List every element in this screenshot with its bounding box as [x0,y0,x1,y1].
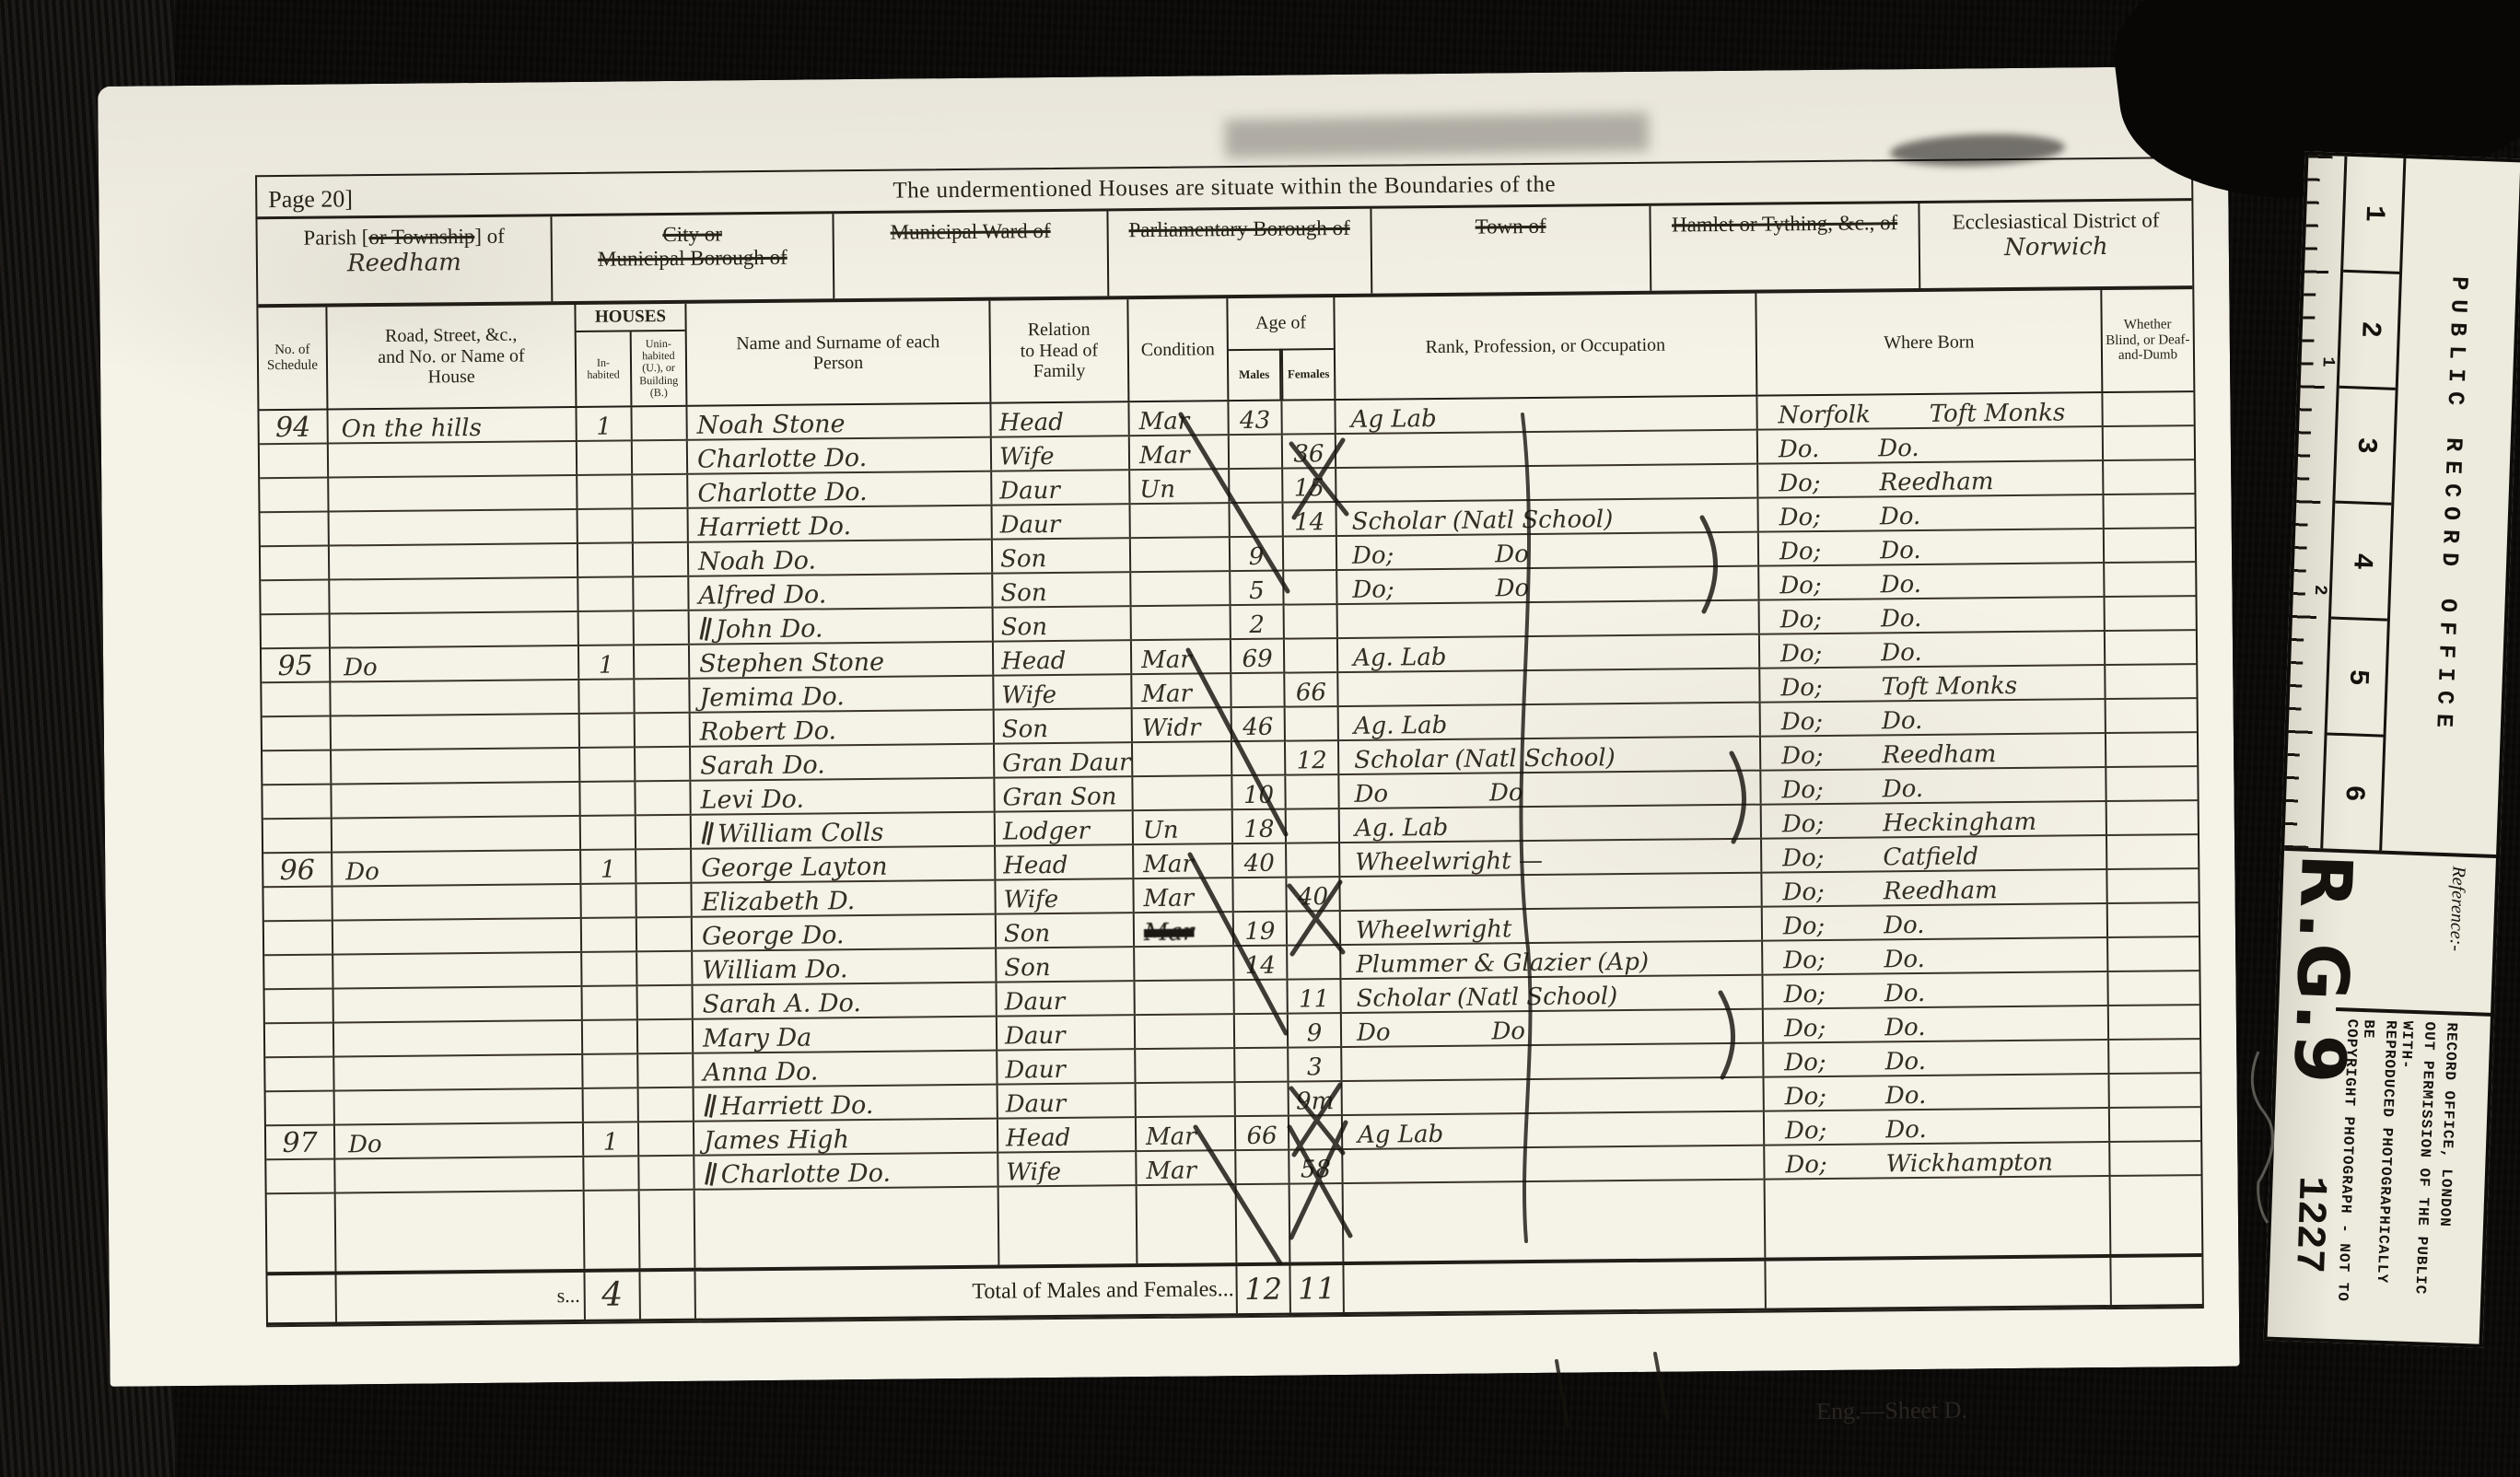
occupation: Do [1354,783,1388,807]
sheet-title: The undermentioned Houses are situate wi… [892,171,1556,204]
district-field-label: Municipal Ward of [840,218,1102,245]
ruler-scale-number: 2 [2353,320,2386,338]
where-born-county: Do; [1783,948,1826,972]
age-female: 9 [1307,1021,1323,1045]
age-male: 69 [1242,647,1272,671]
where-born-county: Do; [1782,880,1825,904]
enumerator-tally-mark: ∥ [696,616,714,643]
label-part: Ecclesiastical District of [1953,208,2160,233]
age-male: 5 [1249,579,1265,603]
relation-to-head: Daur [1005,1058,1066,1083]
relation-to-head: Son [1000,547,1046,571]
person-name: George Do. [702,923,845,948]
occupation: Scholar (Natl School) [1352,507,1614,534]
person-name: Charlotte Do. [721,1161,891,1188]
age-male: 46 [1242,715,1273,739]
age-male: 19 [1244,920,1275,944]
schedule-number: 96 [280,857,315,885]
district-field-value [1378,239,1644,242]
district-field-value [1114,242,1365,245]
person-name: John Do. [716,616,823,642]
census-sheet: Page 20] The undermentioned Houses are s… [98,66,2239,1387]
person-name: Mary Da [703,1026,811,1052]
relation-to-head: Daur [1005,1024,1066,1049]
where-born-place: Do. [1884,1016,1926,1040]
ruler-scale-number: 4 [2345,552,2377,570]
houses-inhabited: 1 [596,415,612,439]
ruler-scale-number: 5 [2341,669,2374,686]
person-name: Jemima Do. [699,684,845,711]
condition: Mar [1139,410,1190,435]
age-female: 58 [1301,1157,1331,1181]
ruler-scale-cell: 4 [2331,504,2391,622]
total-houses-label-partial: s... [336,1273,585,1322]
occupation: Scholar (Natl School) [1357,984,1618,1011]
person-name: Levi Do. [700,787,804,813]
struck-label-part: Municipal Borough of [598,246,787,271]
age-female: 14 [1294,510,1324,534]
occupation: Ag Lab [1351,407,1437,432]
where-born-county: Do; [1781,778,1824,802]
person-name: Elizabeth D. [701,889,855,915]
age-male: 14 [1245,954,1276,978]
condition: Un [1143,819,1179,843]
district-field-value: Reedham [263,250,545,277]
relation-to-head: Head [999,411,1064,436]
district-field-label: Parish [or Township] of [263,224,545,250]
header-females: Females [1281,348,1335,400]
district-field: Hamlet or Tything, &c., of [1651,204,1920,291]
person-name: Harriett Do. [720,1093,874,1120]
ruler-scale-cell: 3 [2335,388,2395,506]
total-males-value: 12 [1244,1274,1282,1304]
age-male: 40 [1244,852,1275,876]
table-body: 94 On the hills 1 Noah Stone Head Mar 43… [259,392,2200,1194]
person-name: Robert Do. [700,718,836,744]
label-part: ] of [474,225,505,248]
district-field: City or Municipal Borough of [552,214,834,301]
struck-label-part: Hamlet or Tything, &c., of [1672,211,1897,236]
header-houses: HOUSES [576,304,684,332]
age-female: 9m [1296,1089,1334,1113]
where-born-place: Do. [1880,505,1921,529]
district-field-value [558,272,827,274]
header-inhabited: In- habited [577,331,633,406]
ruler-scale-cell: 2 [2339,273,2399,390]
houses-inhabited: 1 [599,654,614,678]
header-blind: Whether Blind, or Deaf- and-Dumb [2102,289,2193,391]
person-name: George Layton [701,855,888,881]
relation-to-head: Wife [1006,1160,1061,1185]
ruler-edge-number: 2 [2310,585,2330,596]
occupation-ditto: Do [1491,1019,1525,1043]
pro-reference-strip: 12 1 2 3 4 5 6 PUBLIC RECORD OFFICE R.G.… [2264,151,2520,1348]
district-field: Parliamentary Borough of [1108,209,1372,297]
struck-label-part: City or [662,222,722,246]
ruler-scale-number: 1 [2357,205,2389,223]
where-born-place: Do. [1884,1050,1926,1074]
reference-section: R.G.9 Reference:- 1227 COPYRIGHT PHOTOGR… [2268,851,2496,1341]
where-born-place: Do. [1885,1118,1927,1142]
enumerator-tally-mark: ∥ [702,1161,719,1188]
occupation-ditto: Do [1496,576,1530,600]
district-field-value [1657,237,1913,239]
where-born-county: Do; [1784,1051,1826,1075]
houses-inhabited: 1 [603,1131,619,1155]
person-name: Alfred Do. [698,582,826,608]
where-born-county: Do; [1785,1085,1827,1109]
header-condition: Condition [1128,298,1229,401]
relation-to-head: Head [1006,1126,1070,1151]
ruler-scale-cell: 6 [2323,736,2383,851]
condition: Un [1139,478,1175,502]
header-born: Where Born [1756,290,2103,395]
film-smudge [1225,112,1650,158]
occupation: Ag. Lab [1355,816,1449,841]
struck-label-part: or Township [368,225,474,249]
person-name: William Do. [702,957,847,983]
district-field: Town of [1371,206,1651,294]
where-born-county: Do; [1780,608,1823,632]
total-females-value: 11 [1298,1273,1336,1303]
where-born-county: Do; [1782,846,1825,870]
relation-to-head: Wife [1003,888,1058,913]
schedule-number: 95 [277,653,312,680]
person-name: James High [704,1127,849,1154]
header-males: Males [1229,349,1282,401]
condition: Mar [1146,1125,1196,1150]
where-born-county: Do; [1782,812,1825,836]
age-female: 40 [1298,885,1328,909]
header-age: Age of [1228,297,1334,349]
header-age-group: Age of Males Females [1228,297,1336,400]
occupation: Wheelwright [1356,917,1512,943]
label-part: Parish [ [303,226,368,250]
relation-to-head: Wife [999,445,1055,470]
road-name: Do [345,860,379,884]
condition: Mar [1144,921,1195,946]
column-header-row: No. of Schedule Road, Street, &c., and N… [258,289,2193,411]
person-name: Sarah Do. [700,752,825,778]
age-female: 3 [1307,1055,1323,1079]
age-male: 66 [1246,1124,1277,1148]
person-name: Harriett Do. [698,514,852,541]
where-born-county: Do; [1785,1153,1827,1177]
condition: Mar [1141,682,1192,707]
total-houses-value: 4 [601,1279,623,1312]
where-born-county: Do; [1781,710,1824,734]
struck-label-part: Parliamentary Borough of [1128,216,1349,241]
condition: Widr [1142,715,1201,740]
page-number: Page 20] [268,185,353,214]
occupation-ditto: Do [1489,781,1523,805]
header-name: Name and Surname of each Person [686,301,991,405]
where-born-place: Reedham [1879,470,1993,494]
district-field: Municipal Ward of [834,211,1109,298]
age-male: 43 [1240,409,1270,433]
occupation: Ag Lab [1358,1122,1443,1147]
district-field-label: Ecclesiastical District of [1925,208,2186,235]
person-name: Charlotte Do. [697,480,867,506]
reference-label: Reference:- [2444,866,2468,951]
relation-to-head: Daur [1006,1092,1067,1117]
person-name: Sarah A. Do. [703,991,862,1018]
district-field-label: Parliamentary Borough of [1114,216,1365,243]
relation-to-head: Son [1000,581,1046,605]
occupation: Scholar (Natl School) [1354,746,1616,773]
header-uninhabited: Unin- habited (U.), or Building (B.) [632,331,686,406]
ruler-scale: 12 1 2 3 4 5 6 PUBLIC RECORD OFFICE [2284,155,2520,858]
age-male: 10 [1243,784,1274,808]
where-born-county: Do; [1785,1119,1827,1143]
header-houses-group: HOUSES In- habited Unin- habited (U.), o… [576,304,687,406]
district-field-label: Hamlet or Tything, &c., of [1656,211,1912,238]
where-born-place: Do. [1880,539,1921,563]
where-born-place: Wickhampton [1886,1151,2054,1177]
ruler-edge-number: 1 [2317,356,2338,367]
where-born-place: Do. [1881,641,1922,665]
sheet-footer-note: Eng.—Sheet D. [111,1394,2240,1442]
ruler-scale-cell: 1 [2343,157,2403,274]
relation-to-head: Wife [1001,683,1056,708]
relation-to-head: Daur [999,479,1060,504]
schedule-number: 94 [275,414,310,442]
where-born-place: Heckingham [1883,810,2036,836]
occupation: Plummer & Glazier (Ap) [1356,950,1649,977]
person-name: Noah Stone [697,412,846,438]
age-female: 36 [1293,442,1324,466]
age-female: 12 [1297,749,1327,773]
relation-to-head: Head [1001,649,1066,674]
age-female: 66 [1296,680,1326,704]
age-female: 15 [1294,476,1324,500]
relation-to-head: Son [1002,717,1048,741]
relation-to-head: Son [1004,922,1050,946]
relation-to-head: Son [1004,956,1050,980]
where-born-place: Do. [1884,982,1926,1006]
where-born-place: Do. [1883,777,1924,801]
occupation: Do; [1352,543,1394,567]
person-name: Anna Do. [703,1059,818,1085]
condition: Mar [1143,887,1194,912]
occupation: Do [1357,1021,1391,1045]
relation-to-head: Gran Son [1002,785,1116,809]
where-born-county: Do; [1779,506,1822,529]
condition: Mar [1139,444,1190,469]
where-born-county: Do; [1780,642,1823,666]
person-name: Noah Do. [698,548,816,574]
enumerator-tally-mark: ∥ [698,820,716,847]
where-born-county: Norfolk [1778,402,1870,427]
where-born-county: Do; [1784,1017,1826,1041]
condition: Mar [1141,648,1192,673]
where-born-place: Reedham [1882,742,1996,767]
district-field-label: City or Municipal Borough of [558,221,827,273]
census-table: Page 20] The undermentioned Houses are s… [255,157,2204,1327]
where-born-county: Do. [1779,437,1820,461]
where-born-place: Toft Monks [1930,401,2066,425]
relation-to-head: Gran Daur [1002,750,1130,775]
struck-label-part: Municipal Ward of [891,219,1051,244]
copyright-line: COPYRIGHT PHOTOGRAPH - NOT TO BE [2333,1018,2377,1331]
relation-to-head: Head [1003,854,1067,878]
copyright-text: COPYRIGHT PHOTOGRAPH - NOT TO BEREPRODUC… [2325,1007,2491,1337]
where-born-place: Reedham [1884,878,1998,903]
relation-to-head: Daur [1005,990,1066,1015]
total-males-females-label: Total of Males and Females... [695,1266,1237,1319]
age-male: 2 [1249,613,1265,637]
header-rank: Rank, Profession, or Occupation [1335,294,1757,399]
copyright-line: RECORD OFFICE, LONDON [2432,1022,2460,1333]
occupation: Do; [1352,577,1394,601]
where-born-place: Do. [1881,607,1922,631]
where-born-place: Do. [1884,948,1925,971]
ruler-scale-number: 6 [2338,784,2370,801]
age-female: 11 [1299,987,1329,1011]
person-name: William Colls [717,820,883,847]
district-field-value [840,245,1102,248]
header-relation: Relation to Head of Family [990,299,1129,401]
census-photograph: { "sheet": { "page_label": "Page 20]", "… [0,0,2520,1477]
person-name: Charlotte Do. [697,446,867,472]
age-male: 18 [1243,818,1274,842]
road-name: Do [348,1133,382,1157]
where-born-place: Do. [1884,913,1925,937]
houses-inhabited: 1 [601,858,616,882]
agency-name: PUBLIC RECORD OFFICE [2382,158,2520,855]
copyright-line: REPRODUCED PHOTOGRAPHICALLY WITH- [2372,1020,2416,1332]
ruler-scale-number: 3 [2350,436,2382,454]
relation-to-head: Lodger [1003,820,1090,844]
district-field-label: Town of [1378,214,1644,240]
header-road: Road, Street, &c., and No. or Name of Ho… [327,305,577,409]
where-born-county: Do; [1784,983,1826,1006]
where-born-county: Do; [1779,574,1822,598]
occupation: Wheelwright — [1355,849,1543,875]
occupation-ditto: Do [1495,542,1529,566]
where-born-place: Catfield [1883,844,1978,869]
occupation: Ag. Lab [1354,714,1448,738]
where-born-county: Do; [1781,744,1824,768]
where-born-place: Do. [1881,573,1922,597]
condition: Mar [1146,1159,1196,1184]
district-field-value: Norwich [1926,235,2187,262]
where-born-place: Toft Monks [1882,674,2018,699]
where-born-place: Do. [1882,709,1923,733]
relation-to-head: Daur [1000,513,1061,538]
where-born-county: Do; [1783,914,1826,938]
ruler-scale-cell: 5 [2327,620,2386,738]
district-field: Ecclesiastical District of Norwich [1919,201,2192,288]
road-name: Do [344,656,378,680]
relation-to-head: Son [1001,615,1047,639]
where-born-county: Do; [1779,540,1822,564]
struck-label-part: Town of [1476,215,1546,238]
condition: Mar [1143,853,1194,878]
occupation: Ag. Lab [1353,645,1447,670]
where-born-place: Do. [1885,1084,1927,1108]
age-male: 9 [1249,545,1265,569]
schedule-number: 97 [282,1130,317,1157]
where-born-place: Do. [1878,436,1919,460]
district-field: Parish [or Township] of Reedham [257,216,553,304]
person-name: Stephen Stone [699,650,884,677]
where-born-county: Do; [1779,471,1821,495]
road-name: On the hills [342,416,482,441]
header-schedule: No. of Schedule [258,308,328,410]
enumerator-tally-mark: ∥ [701,1093,718,1120]
where-born-county: Do; [1780,676,1823,700]
